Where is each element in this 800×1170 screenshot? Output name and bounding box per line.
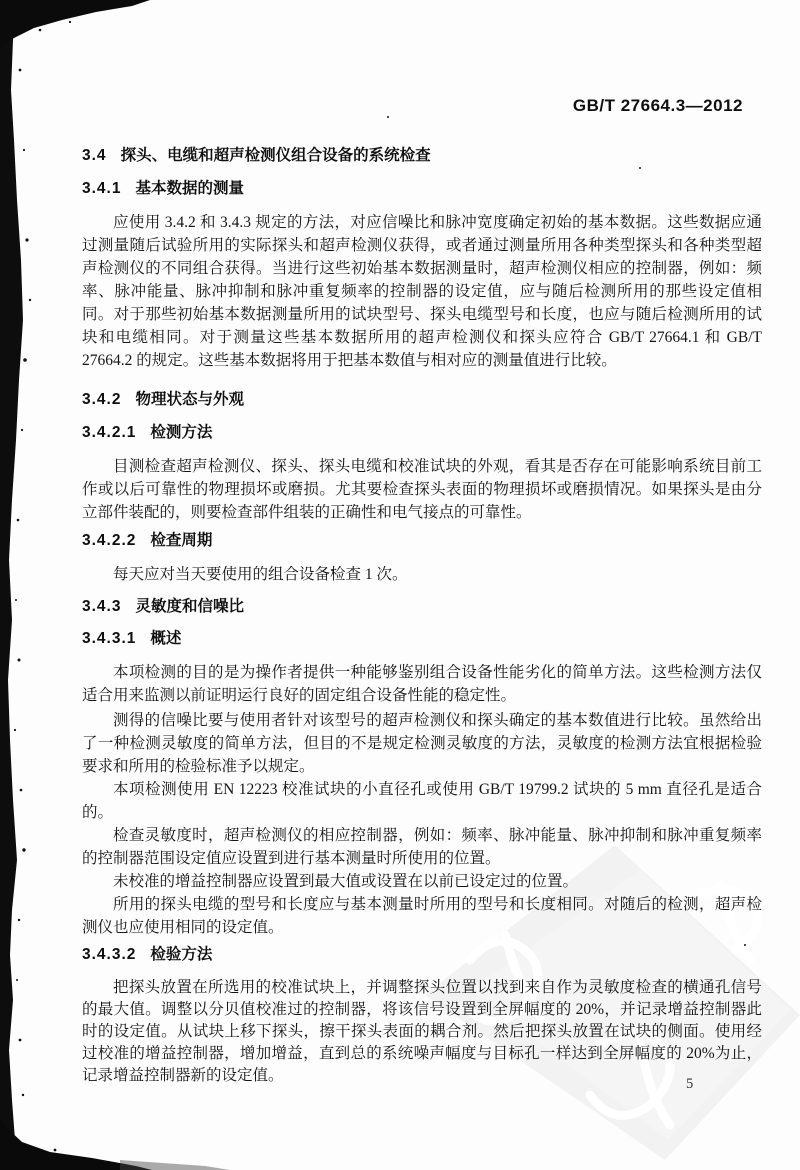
heading-title: 检查周期 bbox=[150, 532, 212, 549]
heading-title: 基本数据的测量 bbox=[135, 180, 244, 197]
heading-3-4-2: 3.4.2物理状态与外观 bbox=[82, 390, 762, 410]
scanned-document-page: { "doc": { "standard_code": "GB/T 27664.… bbox=[0, 0, 800, 1170]
paragraph-cable-type: 所用的探头电缆的型号和长度应与基本测量时所用的型号和长度相同。对随后的检测，超声… bbox=[82, 893, 762, 939]
paragraph-check-period: 每天应对当天要使用的组合设备检查 1 次。 bbox=[82, 563, 762, 586]
paragraph-test-method: 把探头放置在所选用的校准试块上，并调整探头位置以找到来自作为灵敏度检查的横通孔信… bbox=[82, 977, 762, 1087]
document-body: 3.4探头、电缆和超声检测仪组合设备的系统检查 3.4.1基本数据的测量 应使用… bbox=[82, 0, 762, 1087]
heading-number: 3.4.2.1 bbox=[82, 424, 136, 441]
heading-number: 3.4.2 bbox=[82, 391, 121, 408]
page-number: 5 bbox=[686, 1076, 693, 1093]
paragraph-controller-settings: 检查灵敏度时，超声检测仪的相应控制器，例如：频率、脉冲能量、脉冲抑制和脉冲重复频… bbox=[82, 824, 762, 870]
paragraph-visual-check: 目测检查超声检测仪、探头、探头电缆和校准试块的外观，看其是否存在可能影响系统目前… bbox=[82, 455, 762, 524]
page-content: GB/T 27664.3—2012 3.4探头、电缆和超声检测仪组合设备的系统检… bbox=[0, 0, 800, 1170]
heading-number: 3.4 bbox=[82, 147, 107, 164]
heading-title: 灵敏度和信噪比 bbox=[135, 598, 244, 615]
heading-number: 3.4.2.2 bbox=[82, 532, 136, 549]
heading-title: 概述 bbox=[150, 630, 181, 647]
heading-3-4-2-2: 3.4.2.2检查周期 bbox=[82, 531, 762, 551]
heading-3-4-3: 3.4.3灵敏度和信噪比 bbox=[82, 597, 762, 617]
paragraph-overview-purpose: 本项检测的目的是为操作者提供一种能够鉴别组合设备性能劣化的简单方法。这些检测方法… bbox=[82, 661, 762, 707]
heading-number: 3.4.3 bbox=[82, 598, 121, 615]
heading-number: 3.4.3.1 bbox=[82, 630, 136, 647]
heading-3-4-2-1: 3.4.2.1检测方法 bbox=[82, 423, 762, 443]
heading-number: 3.4.3.2 bbox=[82, 946, 136, 963]
paragraph-gain-controller: 未校准的增益控制器应设置到最大值或设置在以前已设定过的位置。 bbox=[82, 870, 762, 893]
heading-title: 物理状态与外观 bbox=[135, 391, 244, 408]
heading-number: 3.4.1 bbox=[82, 180, 121, 197]
heading-3-4-1: 3.4.1基本数据的测量 bbox=[82, 179, 762, 199]
paragraph-snr-comparison: 测得的信噪比要与使用者针对该型号的超声检测仪和探头确定的基本数值进行比较。虽然给… bbox=[82, 709, 762, 778]
heading-title: 探头、电缆和超声检测仪组合设备的系统检查 bbox=[121, 147, 431, 164]
paragraph-calibration-block: 本项检测使用 EN 12223 校准试块的小直径孔或使用 GB/T 19799.… bbox=[82, 778, 762, 824]
heading-3-4-3-2: 3.4.3.2检验方法 bbox=[82, 945, 762, 965]
paragraph-basic-data: 应使用 3.4.2 和 3.4.3 规定的方法，对应信噪比和脉冲宽度确定初始的基… bbox=[82, 211, 762, 372]
heading-3-4: 3.4探头、电缆和超声检测仪组合设备的系统检查 bbox=[82, 146, 762, 166]
heading-3-4-3-1: 3.4.3.1概述 bbox=[82, 629, 762, 649]
heading-title: 检验方法 bbox=[150, 946, 212, 963]
heading-title: 检测方法 bbox=[150, 424, 212, 441]
